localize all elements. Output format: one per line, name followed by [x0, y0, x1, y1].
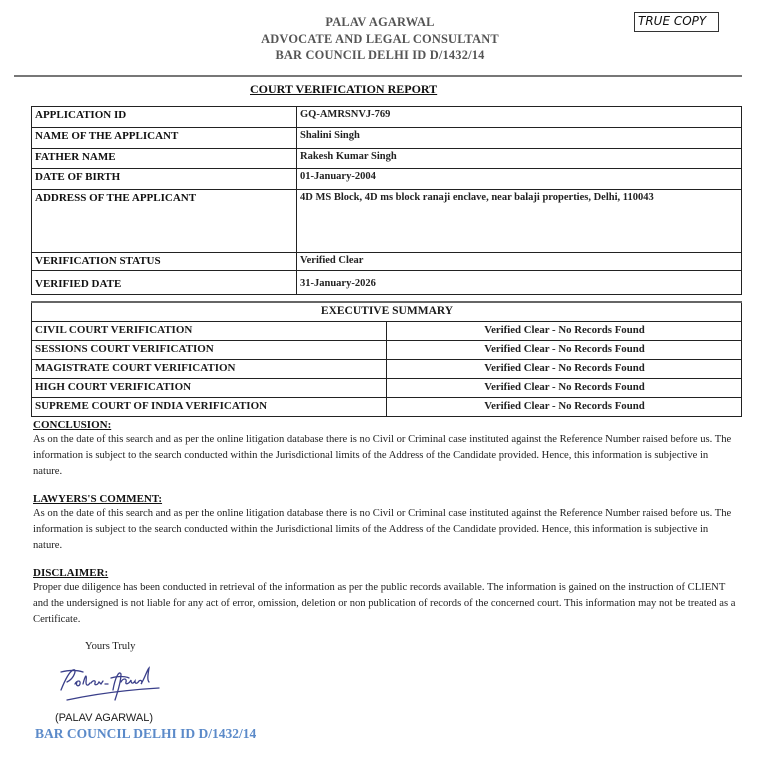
field-label: ADDRESS OF THE APPLICANT	[32, 190, 297, 253]
applicant-details-table: APPLICATION ID GQ-AMRSNVJ-769 NAME OF TH…	[31, 106, 742, 295]
verification-status-value: Verified Clear	[297, 253, 742, 271]
court-label: MAGISTRATE COURT VERIFICATION	[32, 359, 387, 378]
table-row: MAGISTRATE COURT VERIFICATION Verified C…	[32, 359, 742, 378]
letterhead-designation: ADVOCATE AND LEGAL CONSULTANT	[180, 31, 580, 48]
letterhead: PALAV AGARWAL ADVOCATE AND LEGAL CONSULT…	[180, 14, 580, 64]
dob-value: 01-January-2004	[297, 169, 742, 190]
court-label: CIVIL COURT VERIFICATION	[32, 321, 387, 340]
field-label: VERIFIED DATE	[32, 271, 297, 295]
court-label: SUPREME COURT OF INDIA VERIFICATION	[32, 397, 387, 416]
court-result: Verified Clear - No Records Found	[387, 378, 742, 397]
letterhead-name: PALAV AGARWAL	[180, 14, 580, 31]
conclusion-heading: CONCLUSION:	[33, 419, 738, 431]
table-row: HIGH COURT VERIFICATION Verified Clear -…	[32, 378, 742, 397]
court-result: Verified Clear - No Records Found	[387, 397, 742, 416]
summary-title: EXECUTIVE SUMMARY	[32, 302, 742, 321]
lawyers-comment-text: As on the date of this search and as per…	[33, 506, 738, 554]
closing-salutation: Yours Truly	[85, 641, 135, 652]
field-label: VERIFICATION STATUS	[32, 253, 297, 271]
signatory-name: (PALAV AGARWAL)	[55, 712, 153, 724]
disclaimer-heading: DISCLAIMER:	[33, 567, 738, 579]
conclusion-text: As on the date of this search and as per…	[33, 432, 738, 480]
table-row: SUPREME COURT OF INDIA VERIFICATION Veri…	[32, 397, 742, 416]
court-result: Verified Clear - No Records Found	[387, 359, 742, 378]
field-label: DATE OF BIRTH	[32, 169, 297, 190]
table-row: ADDRESS OF THE APPLICANT 4D MS Block, 4D…	[32, 190, 742, 253]
header-divider	[14, 75, 742, 77]
table-row: FATHER NAME Rakesh Kumar Singh	[32, 148, 742, 169]
table-row: VERIFIED DATE 31-January-2026	[32, 271, 742, 295]
applicant-name-value: Shalini Singh	[297, 127, 742, 148]
court-result: Verified Clear - No Records Found	[387, 340, 742, 359]
field-label: APPLICATION ID	[32, 107, 297, 128]
table-row: NAME OF THE APPLICANT Shalini Singh	[32, 127, 742, 148]
verified-date-value: 31-January-2026	[297, 271, 742, 295]
table-row: CIVIL COURT VERIFICATION Verified Clear …	[32, 321, 742, 340]
table-row: DATE OF BIRTH 01-January-2004	[32, 169, 742, 190]
field-label: FATHER NAME	[32, 148, 297, 169]
letterhead-bar-id: BAR COUNCIL DELHI ID D/1432/14	[180, 47, 580, 64]
executive-summary-table: EXECUTIVE SUMMARY CIVIL COURT VERIFICATI…	[31, 301, 742, 417]
summary-header-row: EXECUTIVE SUMMARY	[32, 302, 742, 321]
father-name-value: Rakesh Kumar Singh	[297, 148, 742, 169]
court-label: HIGH COURT VERIFICATION	[32, 378, 387, 397]
signatory-bar-id: BAR COUNCIL DELHI ID D/1432/14	[35, 726, 256, 742]
court-label: SESSIONS COURT VERIFICATION	[32, 340, 387, 359]
field-label: NAME OF THE APPLICANT	[32, 127, 297, 148]
lawyers-comment-heading: LAWYERS'S COMMENT:	[33, 493, 738, 505]
disclaimer-text: Proper due diligence has been conducted …	[33, 580, 738, 628]
conclusion-section: CONCLUSION: As on the date of this searc…	[33, 419, 738, 480]
application-id-value: GQ-AMRSNVJ-769	[297, 107, 742, 128]
report-title: COURT VERIFICATION REPORT	[250, 82, 437, 97]
true-copy-stamp: TRUE COPY	[634, 12, 719, 32]
table-row: APPLICATION ID GQ-AMRSNVJ-769	[32, 107, 742, 128]
table-row: SESSIONS COURT VERIFICATION Verified Cle…	[32, 340, 742, 359]
signature-image	[55, 660, 165, 708]
address-value: 4D MS Block, 4D ms block ranaji enclave,…	[297, 190, 742, 253]
court-result: Verified Clear - No Records Found	[387, 321, 742, 340]
table-row: VERIFICATION STATUS Verified Clear	[32, 253, 742, 271]
disclaimer-section: DISCLAIMER: Proper due diligence has bee…	[33, 567, 738, 628]
lawyers-comment-section: LAWYERS'S COMMENT: As on the date of thi…	[33, 493, 738, 554]
